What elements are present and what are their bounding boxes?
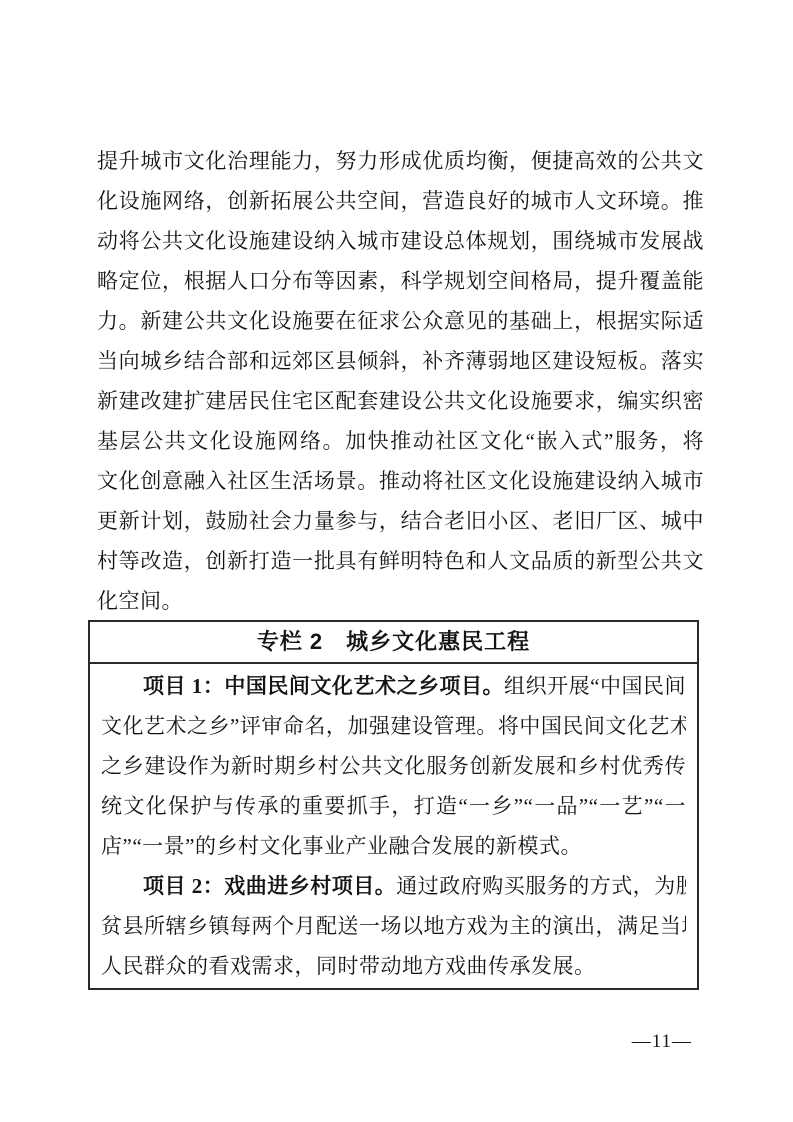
- panel-item2-first-line: 项目 2：戏曲进乡村项目。通过政府购买服务的方式，为脱: [101, 866, 686, 906]
- panel-body: 项目 1：中国民间文化艺术之乡项目。组织开展“中国民间 文化艺术之乡”评审命名，…: [90, 664, 697, 988]
- panel-item1-first-line: 项目 1：中国民间文化艺术之乡项目。组织开展“中国民间: [101, 666, 686, 706]
- panel-item1-lead: 项目 1：中国民间文化艺术之乡项目。: [143, 674, 504, 698]
- body-text-line: 化设施网络，创新拓展公共空间，营造良好的城市人文环境。推: [97, 181, 704, 221]
- feature-panel: 专栏 2 城乡文化惠民工程 项目 1：中国民间文化艺术之乡项目。组织开展“中国民…: [88, 620, 699, 990]
- panel-item1-line: 店”“一景”的乡村文化事业产业融合发展的新模式。: [101, 826, 686, 866]
- panel-item1-line: 统文化保护与传承的重要抓手，打造“一乡”“一品”“一艺”“一: [101, 786, 686, 826]
- body-text-line: 文化创意融入社区生活场景。推动将社区文化设施建设纳入城市: [97, 461, 704, 501]
- body-text-line: 当向城乡结合部和远郊区县倾斜，补齐薄弱地区建设短板。落实: [97, 341, 704, 381]
- body-text-line: 略定位，根据人口分布等因素，科学规划空间格局，提升覆盖能: [97, 261, 704, 301]
- body-text-line: 村等改造，创新打造一批具有鲜明特色和人文品质的新型公共文: [97, 541, 704, 581]
- panel-title: 专栏 2 城乡文化惠民工程: [90, 622, 697, 664]
- document-page: 提升城市文化治理能力，努力形成优质均衡，便捷高效的公共文 化设施网络，创新拓展公…: [0, 0, 793, 1122]
- body-text-line: 新建改建扩建居民住宅区配套建设公共文化设施要求，编实织密: [97, 381, 704, 421]
- panel-item2-lead: 项目 2：戏曲进乡村项目。: [143, 874, 396, 898]
- body-text-line: 更新计划，鼓励社会力量参与，结合老旧小区、老旧厂区、城中: [97, 501, 704, 541]
- body-text-line: 动将公共文化设施建设纳入城市建设总体规划，围绕城市发展战: [97, 221, 704, 261]
- body-paragraph: 提升城市文化治理能力，努力形成优质均衡，便捷高效的公共文 化设施网络，创新拓展公…: [97, 141, 704, 621]
- panel-item1-first-line-rest: 组织开展“中国民间: [504, 674, 686, 698]
- panel-item2-first-line-rest: 通过政府购买服务的方式，为脱: [396, 874, 686, 898]
- panel-item1-line: 之乡建设作为新时期乡村公共文化服务创新发展和乡村优秀传: [101, 746, 686, 786]
- panel-item2-line: 人民群众的看戏需求，同时带动地方戏曲传承发展。: [101, 946, 686, 986]
- body-text-line: 力。新建公共文化设施要在征求公众意见的基础上，根据实际适: [97, 301, 704, 341]
- panel-item1-line: 文化艺术之乡”评审命名，加强建设管理。将中国民间文化艺术: [101, 706, 686, 746]
- panel-item2-line: 贫县所辖乡镇每两个月配送一场以地方戏为主的演出，满足当地: [101, 906, 686, 946]
- body-text-line: 提升城市文化治理能力，努力形成优质均衡，便捷高效的公共文: [97, 141, 704, 181]
- body-text-line: 基层公共文化设施网络。加快推动社区文化“嵌入式”服务，将: [97, 421, 704, 461]
- page-number: —11—: [632, 1031, 692, 1053]
- body-text-line: 化空间。: [97, 581, 704, 621]
